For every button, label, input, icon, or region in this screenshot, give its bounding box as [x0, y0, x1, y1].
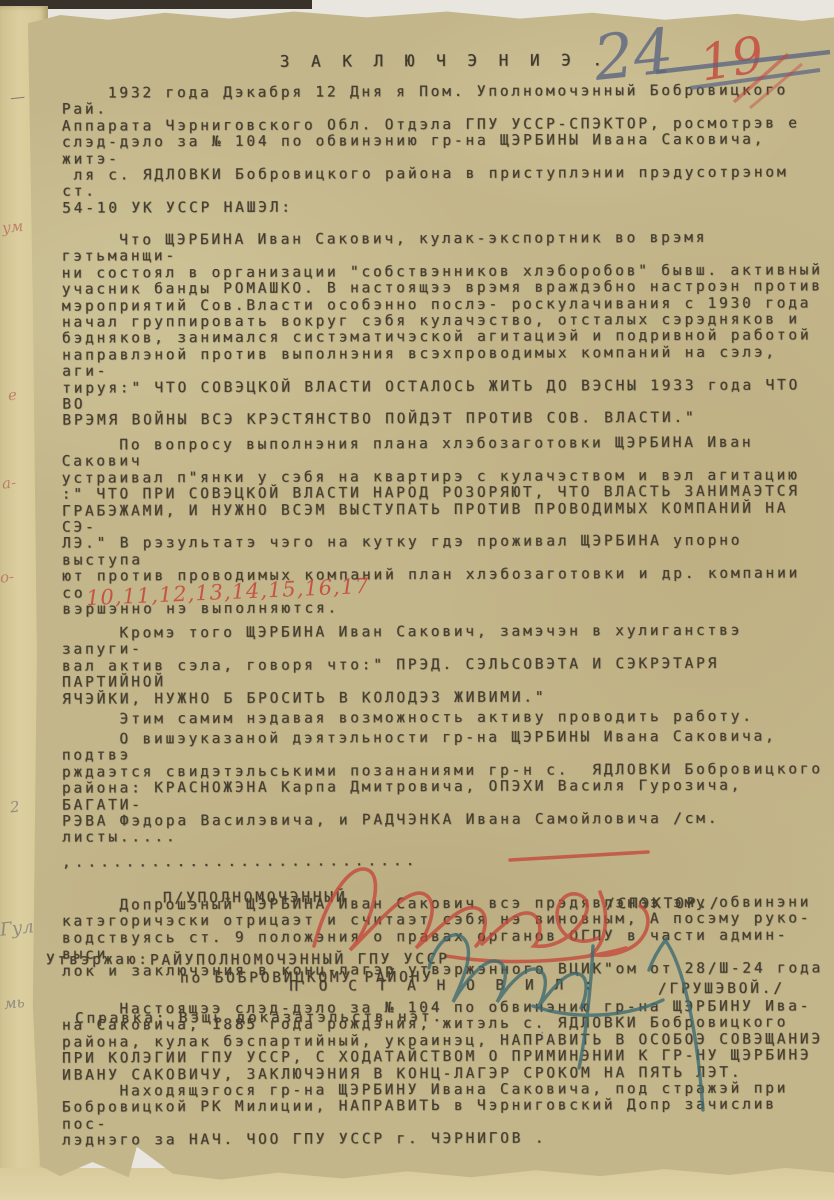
margin-stroke: а- [1, 473, 17, 492]
paragraph-findings-4: Этим самим нэдавая возможность активу пр… [62, 708, 826, 728]
margin-stroke: о- [0, 567, 15, 586]
margin-stroke: 2 [9, 798, 20, 817]
crossout-strokes [638, 36, 834, 116]
document-page: З А К Л Ю Ч Э Н И Э . 1932 года Дэкабря … [28, 8, 834, 1182]
paragraph-findings-2: По вопросу выполнэния плана хлэбозаготов… [62, 434, 827, 618]
signature-teal-grushevoy [413, 908, 733, 1123]
paragraph-witnesses: О вишэуказаной дэятэльности гр-на ЩЭРБИН… [62, 729, 826, 847]
approve-label: Утвэржаю: [46, 952, 150, 969]
paragraph-findings-1: Что ЩЭРБИНА Иван Сакович, кулак-экспортн… [62, 229, 827, 429]
approve-title-line2: по БОБРОВИЦКОМУ РАЙОНУ [180, 969, 434, 987]
approve-title-line1: РАЙУПОЛНОМОЧЭННЫЙ ГПУ УССР [150, 951, 450, 969]
margin-stroke: ум [1, 217, 24, 237]
margin-stroke: мь [3, 993, 25, 1013]
scanned-archive-page: { "doc": { "title": "З А К Л Ю Ч Э Н И Э… [0, 0, 834, 1200]
margin-stroke: Гул [0, 916, 35, 940]
paragraph-findings-3: Кромэ того ЩЭРБИНА Иван Сакович, замэчэн… [62, 622, 826, 707]
margin-stroke: е [7, 386, 18, 405]
margin-stroke: — [9, 87, 26, 106]
evidence-note: Справка: Вэщь доказатэльств нэт. [75, 1009, 444, 1027]
